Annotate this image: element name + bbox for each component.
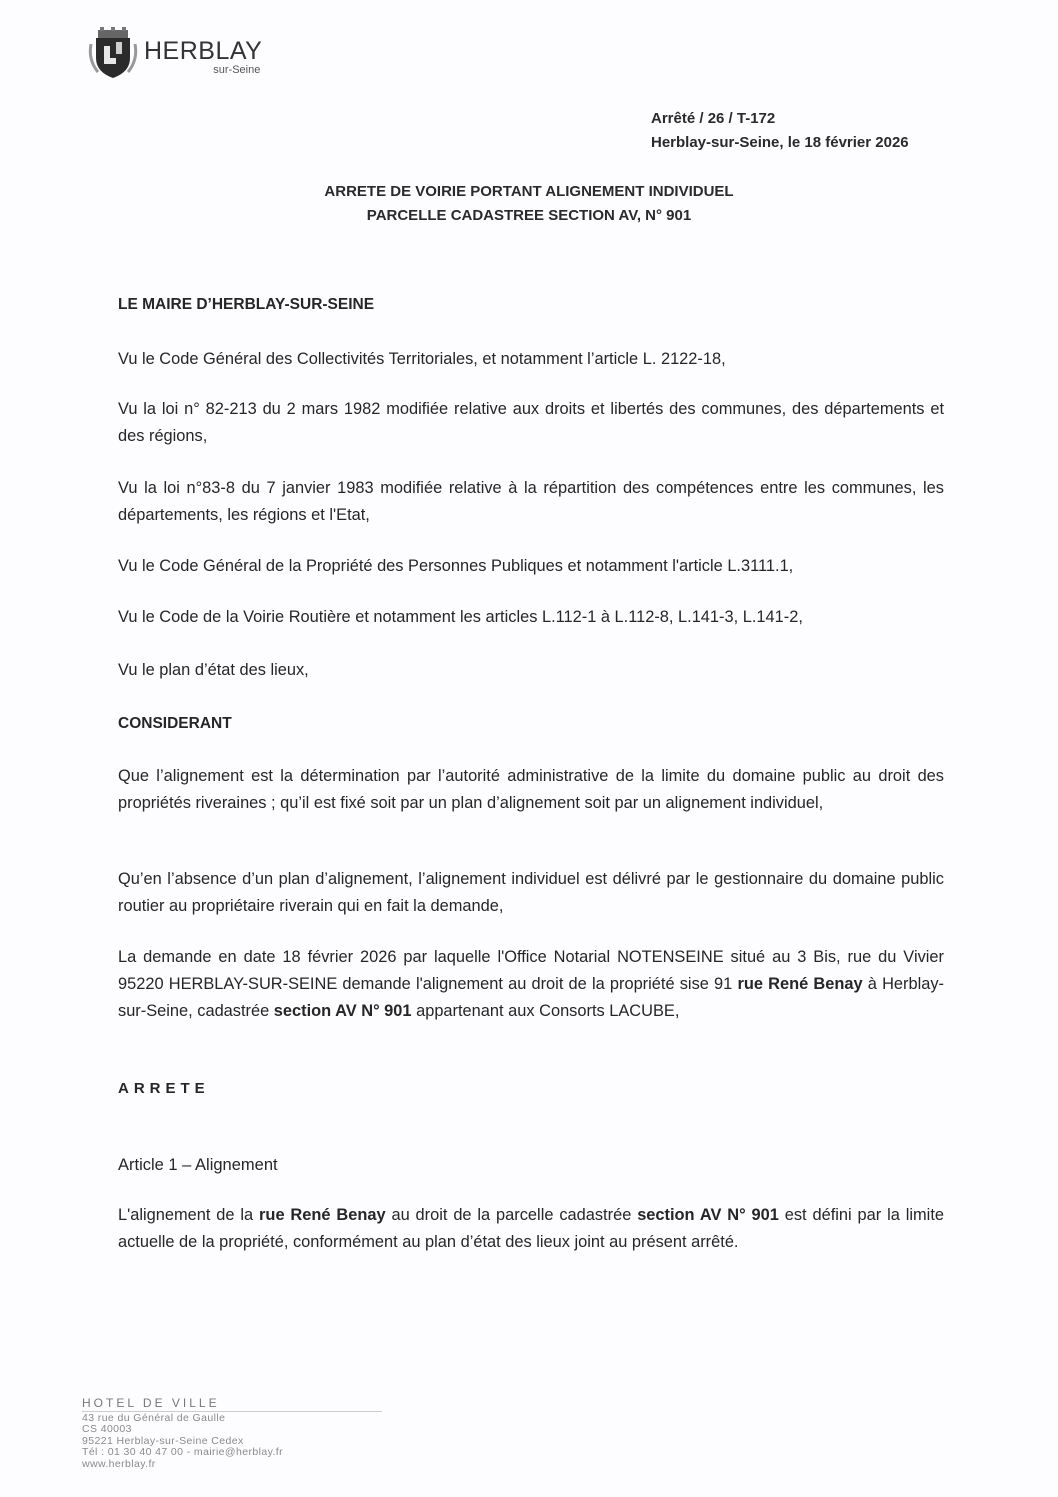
parcel-reference: section AV N° 901 [274, 1002, 412, 1020]
decree-reference: Arrêté / 26 / T-172 Herblay-sur-Seine, l… [651, 107, 909, 155]
authority-heading: LE MAIRE D’HERBLAY-SUR-SEINE [118, 291, 944, 318]
article-1-body: L'alignement de la rue René Benay au dro… [118, 1202, 944, 1256]
parcel-reference: section AV N° 901 [637, 1206, 779, 1224]
logo-subtitle: sur-Seine [213, 64, 260, 76]
place-date: Herblay-sur-Seine, le 18 février 2026 [651, 131, 909, 155]
footer-cs: CS 40003 [82, 1424, 382, 1436]
vu-item: Vu le Code Général des Collectivités Ter… [118, 346, 944, 373]
vu-item: Vu le plan d’état des lieux, [118, 657, 944, 684]
decree-number: Arrêté / 26 / T-172 [651, 107, 909, 131]
street-name: rue René Benay [737, 975, 862, 993]
document-title: ARRETE DE VOIRIE PORTANT ALIGNEMENT INDI… [0, 180, 1058, 228]
considerant-paragraph-2: Qu’en l’absence d’un plan d’alignement, … [118, 866, 944, 920]
coat-of-arms-icon [88, 24, 138, 80]
footer-contact: Tél : 01 30 40 47 00 - mairie@herblay.fr [82, 1447, 382, 1459]
vu-item: Vu la loi n°83-8 du 7 janvier 1983 modif… [118, 475, 944, 529]
considerant-paragraph-1: Que l’alignement est la détermination pa… [118, 763, 944, 817]
text-span: appartenant aux Consorts LACUBE, [412, 1002, 680, 1020]
footer-address: HOTEL DE VILLE 43 rue du Général de Gaul… [82, 1398, 382, 1470]
street-name: rue René Benay [259, 1206, 386, 1224]
considerant-paragraph-3: La demande en date 18 février 2026 par l… [118, 944, 944, 1025]
arrete-heading: ARRETE [118, 1075, 944, 1102]
considerant-heading: CONSIDERANT [118, 710, 944, 737]
vu-item: Vu le Code Général de la Propriété des P… [118, 553, 944, 580]
vu-item: Vu la loi n° 82-213 du 2 mars 1982 modif… [118, 396, 944, 450]
footer-heading: HOTEL DE VILLE [82, 1398, 382, 1412]
footer-website: www.herblay.fr [82, 1459, 382, 1471]
document-page: HERBLAY sur-Seine Arrêté / 26 / T-172 He… [0, 0, 1058, 1497]
text-span: L'alignement de la [118, 1206, 259, 1224]
logo-name: HERBLAY [144, 38, 262, 64]
title-line-1: ARRETE DE VOIRIE PORTANT ALIGNEMENT INDI… [0, 180, 1058, 204]
title-line-2: PARCELLE CADASTREE SECTION AV, N° 901 [0, 204, 1058, 228]
article-1-title: Article 1 – Alignement [118, 1152, 944, 1179]
vu-item: Vu le Code de la Voirie Routière et nota… [118, 604, 944, 631]
herblay-logo: HERBLAY sur-Seine [88, 24, 262, 82]
text-span: au droit de la parcelle cadastrée [386, 1206, 638, 1224]
